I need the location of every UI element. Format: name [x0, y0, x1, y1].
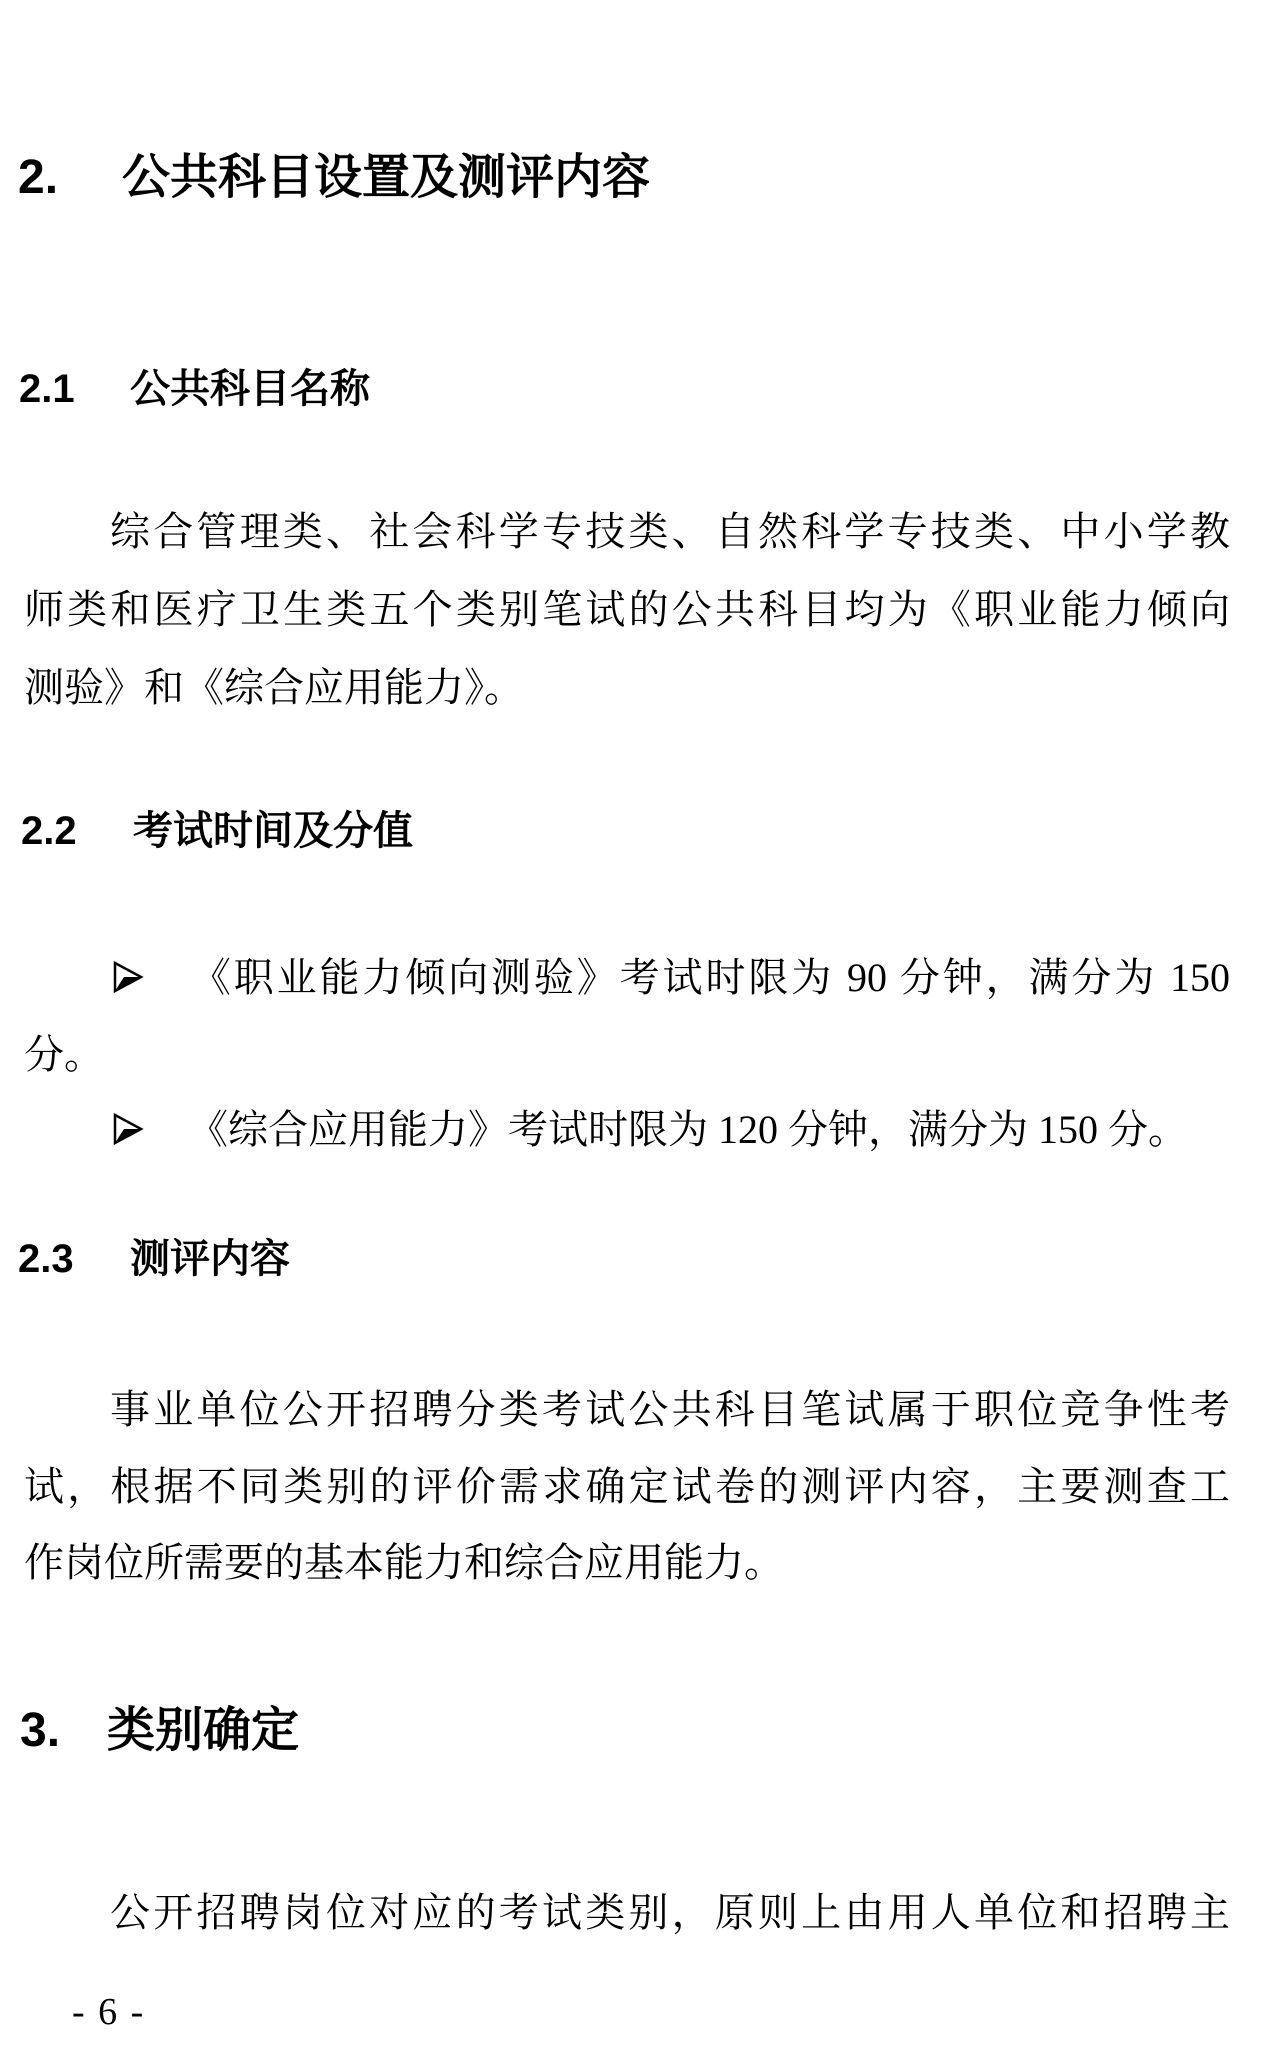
section-heading-2: 2.公共科目设置及测评内容 — [18, 150, 650, 205]
page-number: - 6 - — [72, 1992, 145, 2034]
arrowhead-right-icon — [112, 960, 144, 994]
paragraph-line: 试，根据不同类别的评价需求确定试卷的测评内容，主要测查工 — [24, 1462, 1230, 1512]
section-number: 2.1 — [19, 366, 130, 412]
paragraph-line: 综合管理类、社会科学专技类、自然科学专技类、中小学教 — [24, 507, 1230, 557]
section-title: 类别确定 — [107, 1704, 299, 1757]
section-number: 2.3 — [18, 1236, 130, 1282]
document-page: 2.公共科目设置及测评内容 2.1公共科目名称 综合管理类、社会科学专技类、自然… — [0, 0, 1280, 2045]
paragraph-line: 作岗位所需要的基本能力和综合应用能力。 — [24, 1538, 1230, 1588]
bullet-item-line: 《综合应用能力》考试时限为 120 分钟，满分为 150 分。 — [24, 1105, 1230, 1155]
bullet-item-line: 《职业能力倾向测验》考试时限为 90 分钟，满分为 150 — [24, 953, 1230, 1003]
section-title: 公共科目名称 — [130, 367, 370, 411]
arrowhead-right-icon — [112, 1112, 144, 1146]
section-number: 3. — [20, 1703, 107, 1758]
section-heading-2-1: 2.1公共科目名称 — [19, 366, 370, 412]
paragraph-line: 公开招聘岗位对应的考试类别，原则上由用人单位和招聘主 — [24, 1888, 1230, 1938]
section-number: 2. — [18, 150, 122, 205]
paragraph-line: 测验》和《综合应用能力》。 — [24, 663, 1230, 713]
bullet-text: 《职业能力倾向测验》考试时限为 90 分钟，满分为 150 — [188, 955, 1230, 1000]
section-heading-2-2: 2.2考试时间及分值 — [21, 808, 413, 854]
paragraph-line: 事业单位公开招聘分类考试公共科目笔试属于职位竞争性考 — [24, 1385, 1230, 1435]
section-title: 公共科目设置及测评内容 — [122, 151, 650, 204]
section-heading-2-3: 2.3测评内容 — [18, 1236, 290, 1282]
paragraph-line: 师类和医疗卫生类五个类别笔试的公共科目均为《职业能力倾向 — [24, 585, 1230, 635]
bullet-text: 《综合应用能力》考试时限为 120 分钟，满分为 150 分。 — [188, 1107, 1188, 1152]
section-number: 2.2 — [21, 808, 133, 854]
section-title: 测评内容 — [130, 1237, 290, 1281]
section-heading-3: 3.类别确定 — [20, 1703, 299, 1758]
bullet-item-line: 分。 — [24, 1030, 1230, 1080]
section-title: 考试时间及分值 — [133, 809, 413, 853]
